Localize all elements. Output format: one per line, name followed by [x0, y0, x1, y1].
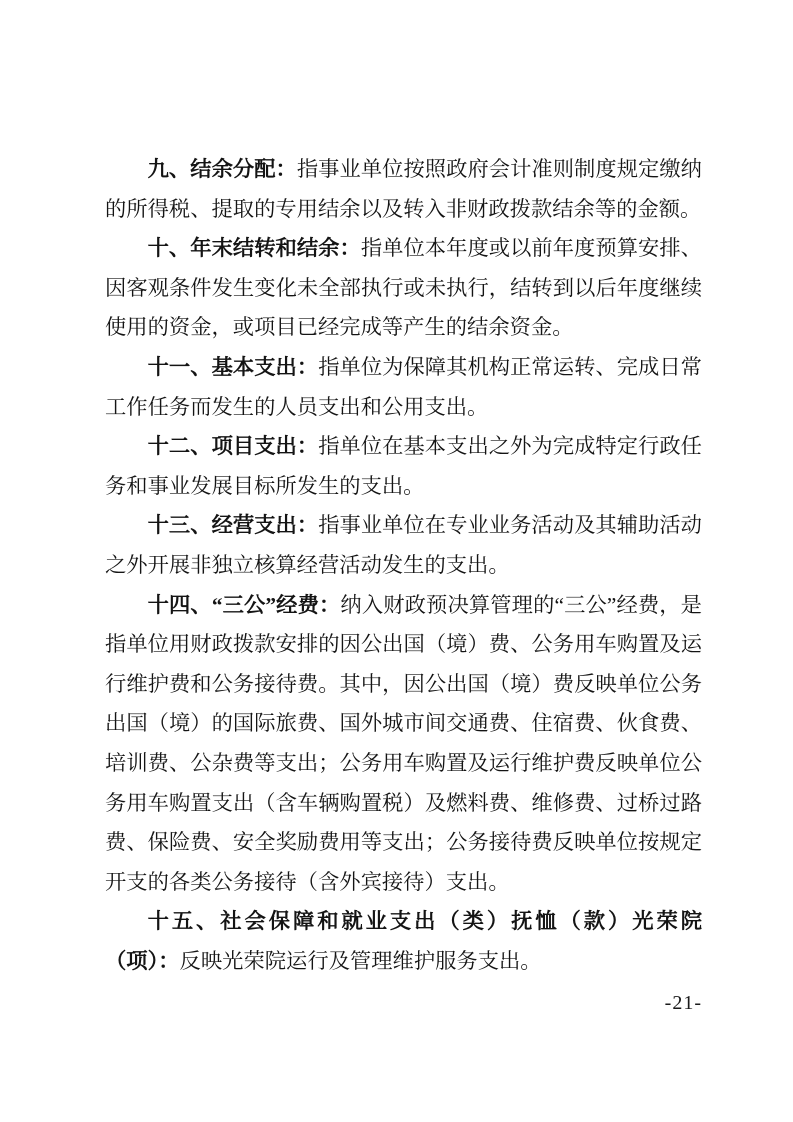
- term-label: 十、年末结转和结余：: [148, 236, 361, 260]
- term-label: 十四、“三公”经费：: [148, 593, 341, 617]
- paragraph-15: 十五、社会保障和就业支出（类）抚恤（款）光荣院（项）：反映光荣院运行及管理维护服…: [105, 902, 702, 981]
- term-label: 九、结余分配：: [148, 157, 297, 181]
- paragraph-14: 十四、“三公”经费：纳入财政预决算管理的“三公”经费，是指单位用财政拨款安排的因…: [105, 586, 702, 903]
- definition-text: 纳入财政预决算管理的“三公”经费，是指单位用财政拨款安排的因公出国（境）费、公务…: [105, 593, 702, 894]
- paragraph-10: 十、年末结转和结余：指单位本年度或以前年度预算安排、因客观条件发生变化未全部执行…: [105, 229, 702, 348]
- paragraph-9: 九、结余分配：指事业单位按照政府会计准则制度规定缴纳的所得税、提取的专用结余以及…: [105, 150, 702, 229]
- paragraph-13: 十三、经营支出：指事业单位在专业业务活动及其辅助活动之外开展非独立核算经营活动发…: [105, 506, 702, 585]
- term-label: 十一、基本支出：: [148, 355, 319, 379]
- document-body: 九、结余分配：指事业单位按照政府会计准则制度规定缴纳的所得税、提取的专用结余以及…: [105, 150, 702, 981]
- page-number: -21-: [665, 983, 702, 1023]
- document-page: 九、结余分配：指事业单位按照政府会计准则制度规定缴纳的所得税、提取的专用结余以及…: [0, 0, 793, 1122]
- definition-text: 反映光荣院运行及管理维护服务支出。: [180, 949, 542, 973]
- paragraph-12: 十二、项目支出：指单位在基本支出之外为完成特定行政任务和事业发展目标所发生的支出…: [105, 427, 702, 506]
- paragraph-11: 十一、基本支出：指单位为保障其机构正常运转、完成日常工作任务而发生的人员支出和公…: [105, 348, 702, 427]
- term-label: 十三、经营支出：: [148, 513, 319, 537]
- term-label: 十二、项目支出：: [148, 434, 319, 458]
